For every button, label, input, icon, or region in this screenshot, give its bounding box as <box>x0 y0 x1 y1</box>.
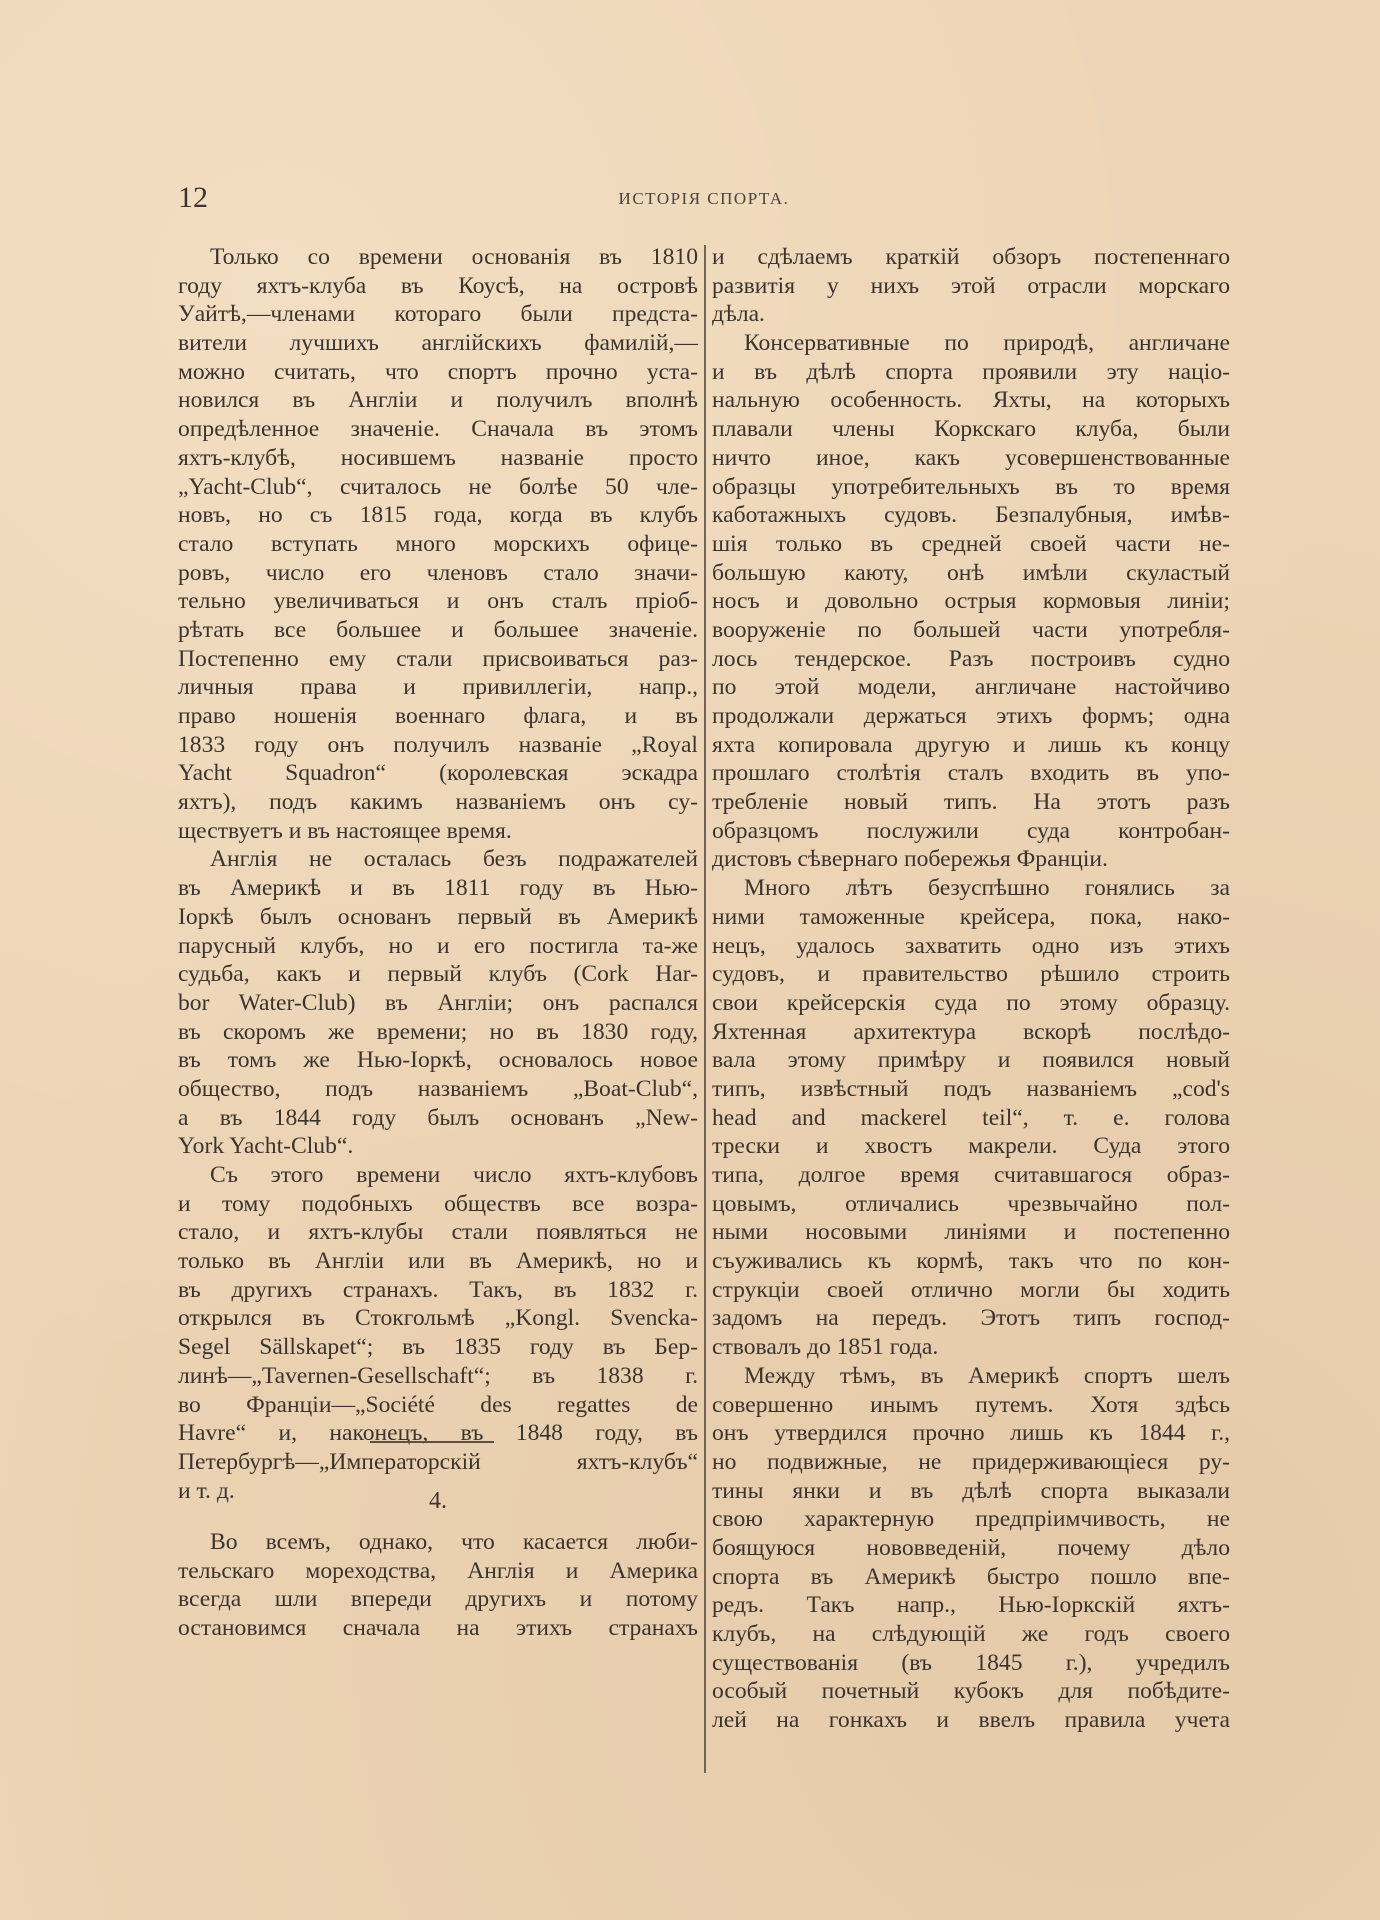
text-line: прошлаго столѣтія сталъ входить въ упо- <box>712 759 1230 788</box>
text-line: Много лѣтъ безуспѣшно гонялись за <box>712 874 1230 903</box>
column-divider <box>704 245 706 1773</box>
left-column: Только со времени основанія въ 1810 году… <box>178 243 698 1505</box>
text-line: существованія (въ 1845 г.), учредилъ <box>712 1649 1230 1678</box>
text-line: Yacht Squadron“ (королевская эскадра <box>178 759 698 788</box>
text-line: Постепенно ему стали присвоиваться раз- <box>178 645 698 674</box>
right-column: и сдѣлаемъ краткій обзоръ постепеннаго р… <box>712 243 1230 1735</box>
text-line: особый почетный кубокъ для побѣдите- <box>712 1677 1230 1706</box>
text-line: въ Америкѣ и въ 1811 году въ Нью- <box>178 874 698 903</box>
text-line: Только со времени основанія въ 1810 <box>178 243 698 272</box>
text-line: личныя права и привиллегіи, напр., <box>178 673 698 702</box>
text-line: вооруженіе по большей части употребля- <box>712 616 1230 645</box>
text-line: Консервативные по природѣ, англичане <box>712 329 1230 358</box>
text-line: York Yacht-Club“. <box>178 1132 698 1161</box>
running-header: 12 ИСТОРІЯ СПОРТА. <box>178 181 1230 221</box>
text-line: нецъ, удалось захватить одно изъ этихъ <box>712 932 1230 961</box>
text-line: Іоркѣ былъ основанъ первый въ Америкѣ <box>178 903 698 932</box>
text-line: большую каюту, онѣ имѣли скуластый <box>712 559 1230 588</box>
text-line: только въ Англіи или въ Америкѣ, но и <box>178 1247 698 1276</box>
text-line: Съ этого времени число яхтъ-клубовъ <box>178 1161 698 1190</box>
text-line: образцомъ послужили суда контробан- <box>712 817 1230 846</box>
text-line: совершенно инымъ путемъ. Хотя здѣсь <box>712 1391 1230 1420</box>
text-line: съуживались къ кормѣ, такъ что по кон- <box>712 1247 1230 1276</box>
text-line: тельскаго мореходства, Англія и Америка <box>178 1557 698 1586</box>
text-line: образцы употребительныхъ въ то время <box>712 473 1230 502</box>
text-line: свои крейсерскія суда по этому образцу. <box>712 989 1230 1018</box>
text-line: яхтъ), подъ какимъ названіемъ онъ су- <box>178 788 698 817</box>
text-line: трески и хвостъ макрели. Суда этого <box>712 1132 1230 1161</box>
text-line: Segel Sällskapet“; въ 1835 году въ Бер- <box>178 1333 698 1362</box>
text-line: яхта копировала другую и лишь къ концу <box>712 731 1230 760</box>
text-line: Англія не осталась безъ подражателей <box>178 845 698 874</box>
text-line: каботажныхъ судовъ. Безпалубныя, имѣв- <box>712 501 1230 530</box>
text-line: ними таможенные крейсера, пока, нако- <box>712 903 1230 932</box>
text-line: спорта въ Америкѣ быстро пошло впе- <box>712 1563 1230 1592</box>
text-line: въ другихъ странахъ. Такъ, въ 1832 г. <box>178 1276 698 1305</box>
text-line: 1833 году онъ получилъ названіе „Royal <box>178 731 698 760</box>
text-line: судовъ, и правительство рѣшило строить <box>712 960 1230 989</box>
text-line: въ скоромъ же времени; но въ 1830 году, <box>178 1018 698 1047</box>
text-line: Уайтѣ,—членами котораго были предста- <box>178 300 698 329</box>
text-line: плавали члены Коркскаго клуба, были <box>712 415 1230 444</box>
text-line: стало вступать много морскихъ офице- <box>178 530 698 559</box>
text-line: рѣтать все большее и большее значеніе. <box>178 616 698 645</box>
text-line: году яхтъ-клуба въ Коусѣ, на островѣ <box>178 272 698 301</box>
text-line: открылся въ Стокгольмѣ „Kongl. Svencka- <box>178 1304 698 1333</box>
text-line: парусный клубъ, но и его постигла та-же <box>178 932 698 961</box>
text-line: head and mackerel teil“, т. е. голова <box>712 1104 1230 1133</box>
text-line: продолжали держаться этихъ формъ; одна <box>712 702 1230 731</box>
text-line: редъ. Такъ напр., Нью-Іоркскій яхтъ- <box>712 1591 1230 1620</box>
section-4-text: Во всемъ, однако, что касается люби- тел… <box>178 1528 698 1643</box>
section-number: 4. <box>178 1488 698 1515</box>
text-line: типа, долгое время считавшагося образ- <box>712 1161 1230 1190</box>
text-line: линѣ—„Tavernen-Gesellschaft“; въ 1838 г. <box>178 1362 698 1391</box>
text-line: ничто иное, какъ усовершенствованные <box>712 444 1230 473</box>
text-line: по этой модели, англичане настойчиво <box>712 673 1230 702</box>
text-line: нальную особенность. Яхты, на которыхъ <box>712 386 1230 415</box>
text-line: право ношенія военнаго флага, и въ <box>178 702 698 731</box>
text-line: клубъ, на слѣдующій же годъ своего <box>712 1620 1230 1649</box>
text-line: ными носовыми линіями и постепенно <box>712 1218 1230 1247</box>
text-line: bor Water-Club) въ Англіи; онъ распался <box>178 989 698 1018</box>
text-line: въ томъ же Нью-Іоркѣ, основалось новое <box>178 1046 698 1075</box>
text-line: струкціи своей отлично могли бы ходить <box>712 1276 1230 1305</box>
text-line: во Франціи—„Société des regattes de <box>178 1391 698 1420</box>
text-line: онъ утвердился прочно лишь къ 1844 г., <box>712 1419 1230 1448</box>
text-line: остановимся сначала на этихъ странахъ <box>178 1614 698 1643</box>
text-line: ствовалъ до 1851 года. <box>712 1333 1230 1362</box>
text-line: Петербургѣ—„Императорскій яхтъ-клубъ“ <box>178 1448 698 1477</box>
text-line: шія только въ средней своей части не- <box>712 530 1230 559</box>
text-line: Во всемъ, однако, что касается люби- <box>178 1528 698 1557</box>
text-line: и въ дѣлѣ спорта проявили эту націо- <box>712 358 1230 387</box>
text-line: тельно увеличиваться и онъ сталъ пріоб- <box>178 587 698 616</box>
text-line: дистовъ сѣвернаго побережья Франціи. <box>712 845 1230 874</box>
text-line: развитія у нихъ этой отрасли морскаго <box>712 272 1230 301</box>
text-line: ществуетъ и въ настоящее время. <box>178 817 698 846</box>
text-line: лей на гонкахъ и ввелъ правила учета <box>712 1706 1230 1735</box>
text-line: но подвижные, не придерживающіеся ру- <box>712 1448 1230 1477</box>
text-line: лось тендерское. Разъ построивъ судно <box>712 645 1230 674</box>
text-line: носъ и довольно острыя кормовыя линіи; <box>712 587 1230 616</box>
text-line: вители лучшихъ англійскихъ фамилій,— <box>178 329 698 358</box>
text-line: боящуюся нововведеній, почему дѣло <box>712 1534 1230 1563</box>
book-page: 12 ИСТОРІЯ СПОРТА. Только со времени осн… <box>0 0 1380 1920</box>
text-line: и тому подобныхъ обществъ все возра- <box>178 1190 698 1219</box>
section-divider-rule <box>370 1441 494 1443</box>
text-line: яхтъ-клубѣ, носившемъ названіе просто <box>178 444 698 473</box>
text-line: судьба, какъ и первый клубъ (Cork Har- <box>178 960 698 989</box>
text-line: новился въ Англіи и получилъ вполнѣ <box>178 386 698 415</box>
text-line: типъ, извѣстный подъ названіемъ „cod's <box>712 1075 1230 1104</box>
text-line: Яхтенная архитектура вскорѣ послѣдо- <box>712 1018 1230 1047</box>
text-line: новъ, но съ 1815 года, когда въ клубъ <box>178 501 698 530</box>
text-line: всегда шли впереди другихъ и потому <box>178 1585 698 1614</box>
text-line: ровъ, число его членовъ стало значи- <box>178 559 698 588</box>
text-line: опредѣленное значеніе. Сначала въ этомъ <box>178 415 698 444</box>
text-line: Havre“ и, наконецъ, въ 1848 году, въ <box>178 1419 698 1448</box>
text-line: дѣла. <box>712 300 1230 329</box>
text-line: общество, подъ названіемъ „Boat-Club“, <box>178 1075 698 1104</box>
running-title: ИСТОРІЯ СПОРТА. <box>178 189 1230 209</box>
text-line: цовымъ, отличались чрезвычайно пол- <box>712 1190 1230 1219</box>
text-line: вала этому примѣру и появился новый <box>712 1046 1230 1075</box>
text-line: „Yacht-Club“, считалось не болѣе 50 чле- <box>178 473 698 502</box>
text-line: требленіе новый типъ. На этотъ разъ <box>712 788 1230 817</box>
text-line: а въ 1844 году былъ основанъ „New- <box>178 1104 698 1133</box>
text-line: и сдѣлаемъ краткій обзоръ постепеннаго <box>712 243 1230 272</box>
text-line: Между тѣмъ, въ Америкѣ спортъ шелъ <box>712 1362 1230 1391</box>
text-line: задомъ на передъ. Этотъ типъ господ- <box>712 1304 1230 1333</box>
text-line: стало, и яхтъ-клубы стали появляться не <box>178 1218 698 1247</box>
text-line: свою характерную предпріимчивость, не <box>712 1505 1230 1534</box>
text-line: тины янки и въ дѣлѣ спорта выказали <box>712 1477 1230 1506</box>
text-line: можно считать, что спортъ прочно уста- <box>178 358 698 387</box>
